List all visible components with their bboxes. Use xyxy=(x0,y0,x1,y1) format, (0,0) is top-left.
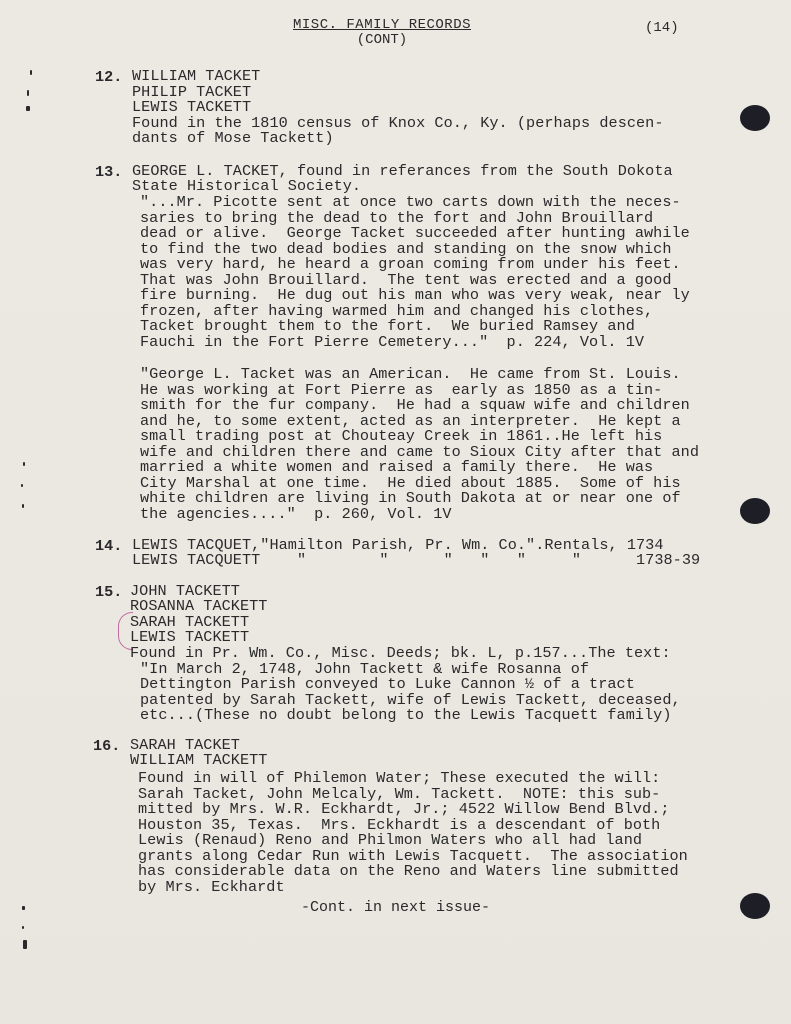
continuation-note: -Cont. in next issue- xyxy=(0,899,791,916)
quote-line: smith for the fur company. He had a squa… xyxy=(140,397,690,413)
entry-line: has considerable data on the Reno and Wa… xyxy=(138,863,679,879)
entry-line: State Historical Society. xyxy=(132,178,361,194)
quote-line: Dettington Parish conveyed to Luke Canno… xyxy=(140,676,635,692)
entry-line: dants of Mose Tackett) xyxy=(132,130,334,146)
entry-line: WILLIAM TACKETT xyxy=(130,752,267,768)
quote-line: "...Mr. Picotte sent at once two carts d… xyxy=(140,194,681,210)
quote-line: the agencies...." p. 260, Vol. 1V xyxy=(140,506,452,522)
page-subtitle: (CONT) xyxy=(282,33,482,48)
quote-line: married a white women and raised a famil… xyxy=(140,459,653,475)
margin-mark xyxy=(27,90,29,96)
entry-line: LEWIS TACKETT xyxy=(132,99,251,115)
page-number: (14) xyxy=(645,20,679,36)
quote-line: etc...(These no doubt belong to the Lewi… xyxy=(140,707,672,723)
entry-line: Found in will of Philemon Water; These e… xyxy=(138,770,660,786)
quote-line: was very hard, he heard a groan coming f… xyxy=(140,256,681,272)
quote-line: fire burning. He dug out his man who was… xyxy=(140,287,690,303)
quote-line: Fauchi in the Fort Pierre Cemetery..." p… xyxy=(140,334,644,350)
entry-line: mitted by Mrs. W.R. Eckhardt, Jr.; 4522 … xyxy=(138,801,670,817)
entry-number: 15. xyxy=(95,583,122,601)
page-title: MISC. FAMILY RECORDS xyxy=(282,18,482,33)
entry-line: Found in Pr. Wm. Co., Misc. Deeds; bk. L… xyxy=(130,645,671,661)
document-page: MISC. FAMILY RECORDS (CONT) (14) 12. WIL… xyxy=(0,0,791,1024)
margin-mark xyxy=(30,70,32,75)
quote-line: dead or alive. George Tacket succeeded a… xyxy=(140,225,690,241)
entry-number: 12. xyxy=(95,68,122,86)
punch-hole-top xyxy=(740,105,770,131)
entry-line: by Mrs. Eckhardt xyxy=(138,879,285,895)
margin-mark xyxy=(21,484,23,487)
entry-line: LEWIS TACKETT xyxy=(130,629,249,645)
entry-number: 13. xyxy=(95,163,122,181)
entry-line: ROSANNA TACKETT xyxy=(130,598,267,614)
entry-number: 14. xyxy=(95,537,122,555)
margin-mark xyxy=(23,462,25,466)
quote-line: small trading post at Chouteay Creek in … xyxy=(140,428,662,444)
margin-mark xyxy=(23,940,27,949)
entry-line: WILLIAM TACKET xyxy=(132,68,260,84)
entry-line: Lewis (Renaud) Reno and Philmon Waters w… xyxy=(138,832,642,848)
entry-line: LEWIS TACQUETT " " " " " " 1738-39 xyxy=(132,552,700,568)
margin-mark xyxy=(22,926,24,929)
quote-line: Tacket brought them to the fort. We buri… xyxy=(140,318,635,334)
margin-mark xyxy=(26,106,30,111)
punch-hole-middle xyxy=(740,498,770,524)
margin-mark xyxy=(22,504,24,508)
entry-number: 16. xyxy=(93,737,120,755)
quote-line: "George L. Tacket was an American. He ca… xyxy=(140,366,681,382)
quote-line: white children are living in South Dakot… xyxy=(140,490,681,506)
page-header: MISC. FAMILY RECORDS (CONT) xyxy=(282,18,482,48)
